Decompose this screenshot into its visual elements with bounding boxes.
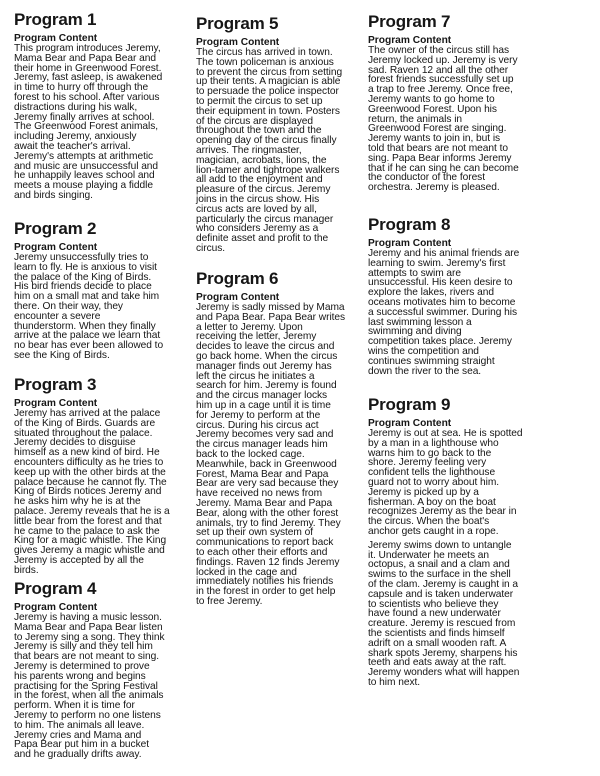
program-description: The circus has arrived in town. The town… — [196, 48, 368, 254]
program-title: Program 9 — [368, 395, 540, 415]
program-description: Jeremy is sadly missed by Mama and Papa … — [196, 303, 368, 607]
program-7-section: Program 7 Program Content The owner of t… — [368, 12, 540, 193]
program-title: Program 2 — [14, 219, 186, 239]
program-description: The owner of the circus still has Jeremy… — [368, 46, 540, 193]
program-4-section: Program 4 Program Content Jeremy is havi… — [14, 579, 186, 760]
program-5-section: Program 5 Program Content The circus has… — [196, 14, 368, 254]
program-1-section: Program 1 Program Content This program i… — [14, 10, 186, 201]
program-description-continued: Jeremy swims down to untangle it. Underw… — [368, 541, 540, 688]
program-description: Jeremy is out at sea. He is spotted by a… — [368, 429, 540, 537]
program-description: Jeremy and his animal friends are learni… — [368, 249, 540, 376]
program-title: Program 5 — [196, 14, 368, 34]
program-8-section: Program 8 Program Content Jeremy and his… — [368, 215, 540, 376]
program-description: Jeremy unsuccessfully tries to learn to … — [14, 253, 186, 361]
program-title: Program 4 — [14, 579, 186, 599]
program-description: Jeremy has arrived at the palace of the … — [14, 409, 186, 576]
program-2-section: Program 2 Program Content Jeremy unsucce… — [14, 219, 186, 361]
program-title: Program 3 — [14, 375, 186, 395]
program-9-section: Program 9 Program Content Jeremy is out … — [368, 395, 540, 688]
program-description: This program introduces Jeremy, Mama Bea… — [14, 44, 186, 201]
program-title: Program 8 — [368, 215, 540, 235]
program-title: Program 7 — [368, 12, 540, 32]
program-description: Jeremy is having a music lesson. Mama Be… — [14, 613, 186, 760]
program-title: Program 6 — [196, 269, 368, 289]
program-3-section: Program 3 Program Content Jeremy has arr… — [14, 375, 186, 576]
program-6-section: Program 6 Program Content Jeremy is sadl… — [196, 269, 368, 607]
program-title: Program 1 — [14, 10, 186, 30]
